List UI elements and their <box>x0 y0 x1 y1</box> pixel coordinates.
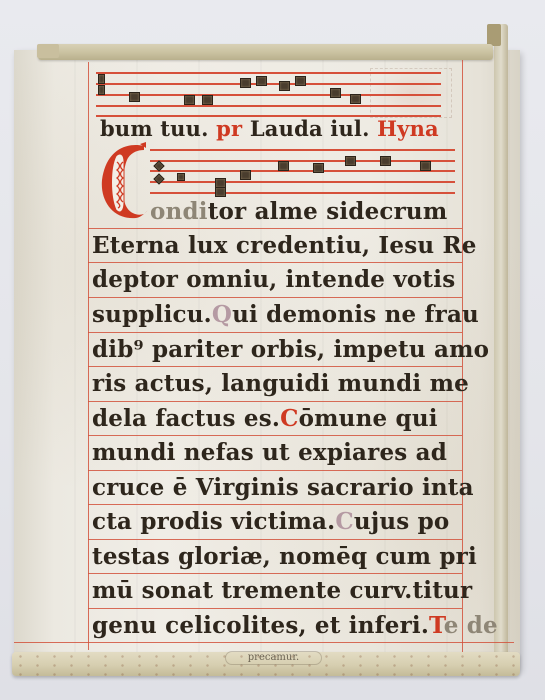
neume <box>278 161 289 171</box>
text-segment: ujus po <box>354 508 450 535</box>
left-margin-rule <box>88 62 89 650</box>
right-stick-top-tab <box>487 24 501 46</box>
neume <box>330 88 341 98</box>
neume <box>240 170 251 180</box>
text-line-6: dib⁹ pariter orbis, impetu amo <box>92 338 489 361</box>
staff-line <box>96 72 441 74</box>
text-line-13: mū sonat tremente curv.titur <box>92 579 472 602</box>
neume <box>313 163 324 173</box>
text-segment: cruce ē Virginis sacrario inta <box>92 474 474 501</box>
text-line-5: supplicu.Qui demonis ne frau <box>92 303 479 326</box>
text-segment: testas gloriæ, nomēq cum pri <box>92 543 477 570</box>
ruling <box>88 262 462 263</box>
text-segment: ui demonis ne frau <box>232 301 479 328</box>
neume <box>177 173 185 181</box>
text-segment: Lauda iul. <box>250 116 370 141</box>
text-segment: ris actus, languidi mundi me <box>92 370 469 397</box>
staff-line <box>96 105 441 107</box>
ruling <box>88 504 462 505</box>
neume <box>215 187 226 197</box>
text-segment: mū sonat tremente curv.titur <box>92 577 472 604</box>
ruling <box>88 297 462 298</box>
ruling <box>88 435 462 436</box>
top-rolled-edge <box>38 44 493 60</box>
text-segment: cta prodis victima. <box>92 508 335 535</box>
staff-line <box>150 149 455 151</box>
decorated-initial-c-icon <box>96 140 148 222</box>
text-segment: ōmune qui <box>299 405 438 432</box>
faded-initial-c: C <box>335 508 354 535</box>
faded-initial-q: Q <box>212 301 232 328</box>
staff-line <box>96 83 441 85</box>
ruling <box>88 228 462 229</box>
faded-segment: ondi <box>150 198 208 225</box>
text-line-9: mundi nefas ut expiares ad <box>92 441 447 464</box>
neume <box>350 94 361 104</box>
staff-line <box>150 160 455 162</box>
ruling <box>88 539 462 540</box>
ruling <box>88 470 462 471</box>
neume <box>184 95 195 105</box>
ruling <box>88 401 462 402</box>
text-line-11: cta prodis victima.Cujus po <box>92 510 449 533</box>
text-segment: Eterna lux credentiu, Iesu Re <box>92 232 477 259</box>
staff-line <box>150 170 455 172</box>
neume <box>202 95 213 105</box>
ruling <box>88 366 462 367</box>
text-line-12: testas gloriæ, nomēq cum pri <box>92 545 477 568</box>
text-segment: deptor omniu, intende votis <box>92 266 455 293</box>
text-line-3: Eterna lux credentiu, Iesu Re <box>92 234 477 257</box>
text-line-4: deptor omniu, intende votis <box>92 268 455 291</box>
rubric-segment: pr <box>216 116 242 141</box>
text-segment: dela factus es. <box>92 405 280 432</box>
ruling <box>14 642 514 643</box>
faded-segment: e de <box>444 612 498 639</box>
neume <box>129 92 140 102</box>
neume <box>420 161 431 171</box>
text-segment: supplicu. <box>92 301 212 328</box>
neume <box>98 74 105 84</box>
catchword: precamur. <box>225 651 322 665</box>
neume <box>98 85 105 95</box>
text-segment: genu celicolites, et inferi. <box>92 612 429 639</box>
text-line-10: cruce ē Virginis sacrario inta <box>92 476 474 499</box>
text-line-1: bum tuu. pr Lauda iul. Hyna <box>100 118 439 139</box>
top-roll-left-tip <box>37 44 59 58</box>
neume <box>295 76 306 86</box>
neume <box>380 156 391 166</box>
neume <box>256 76 267 86</box>
neume <box>345 156 356 166</box>
text-line-14: genu celicolites, et inferi.Te de <box>92 614 498 637</box>
neume <box>240 78 251 88</box>
red-initial-t: T <box>429 612 444 639</box>
text-segment: mundi nefas ut expiares ad <box>92 439 447 466</box>
text-segment: bum tuu. <box>100 116 209 141</box>
text-segment: tor alme sidecrum <box>208 198 448 225</box>
staff-line <box>150 181 455 183</box>
text-line-8: dela factus es.Cōmune qui <box>92 407 438 430</box>
ruling <box>88 332 462 333</box>
right-binding-stick <box>494 24 508 672</box>
ruling <box>88 608 462 609</box>
text-line-2: onditor alme sidecrum <box>150 200 447 223</box>
red-initial-c: C <box>280 405 299 432</box>
neume <box>279 81 290 91</box>
staff-line <box>96 94 441 96</box>
text-segment: dib⁹ pariter orbis, impetu amo <box>92 336 489 363</box>
text-line-7: ris actus, languidi mundi me <box>92 372 469 395</box>
offset-show-through <box>370 68 452 118</box>
rubric-hymn-label: Hyna <box>377 116 439 141</box>
ruling <box>88 573 462 574</box>
staff-line <box>150 192 455 194</box>
